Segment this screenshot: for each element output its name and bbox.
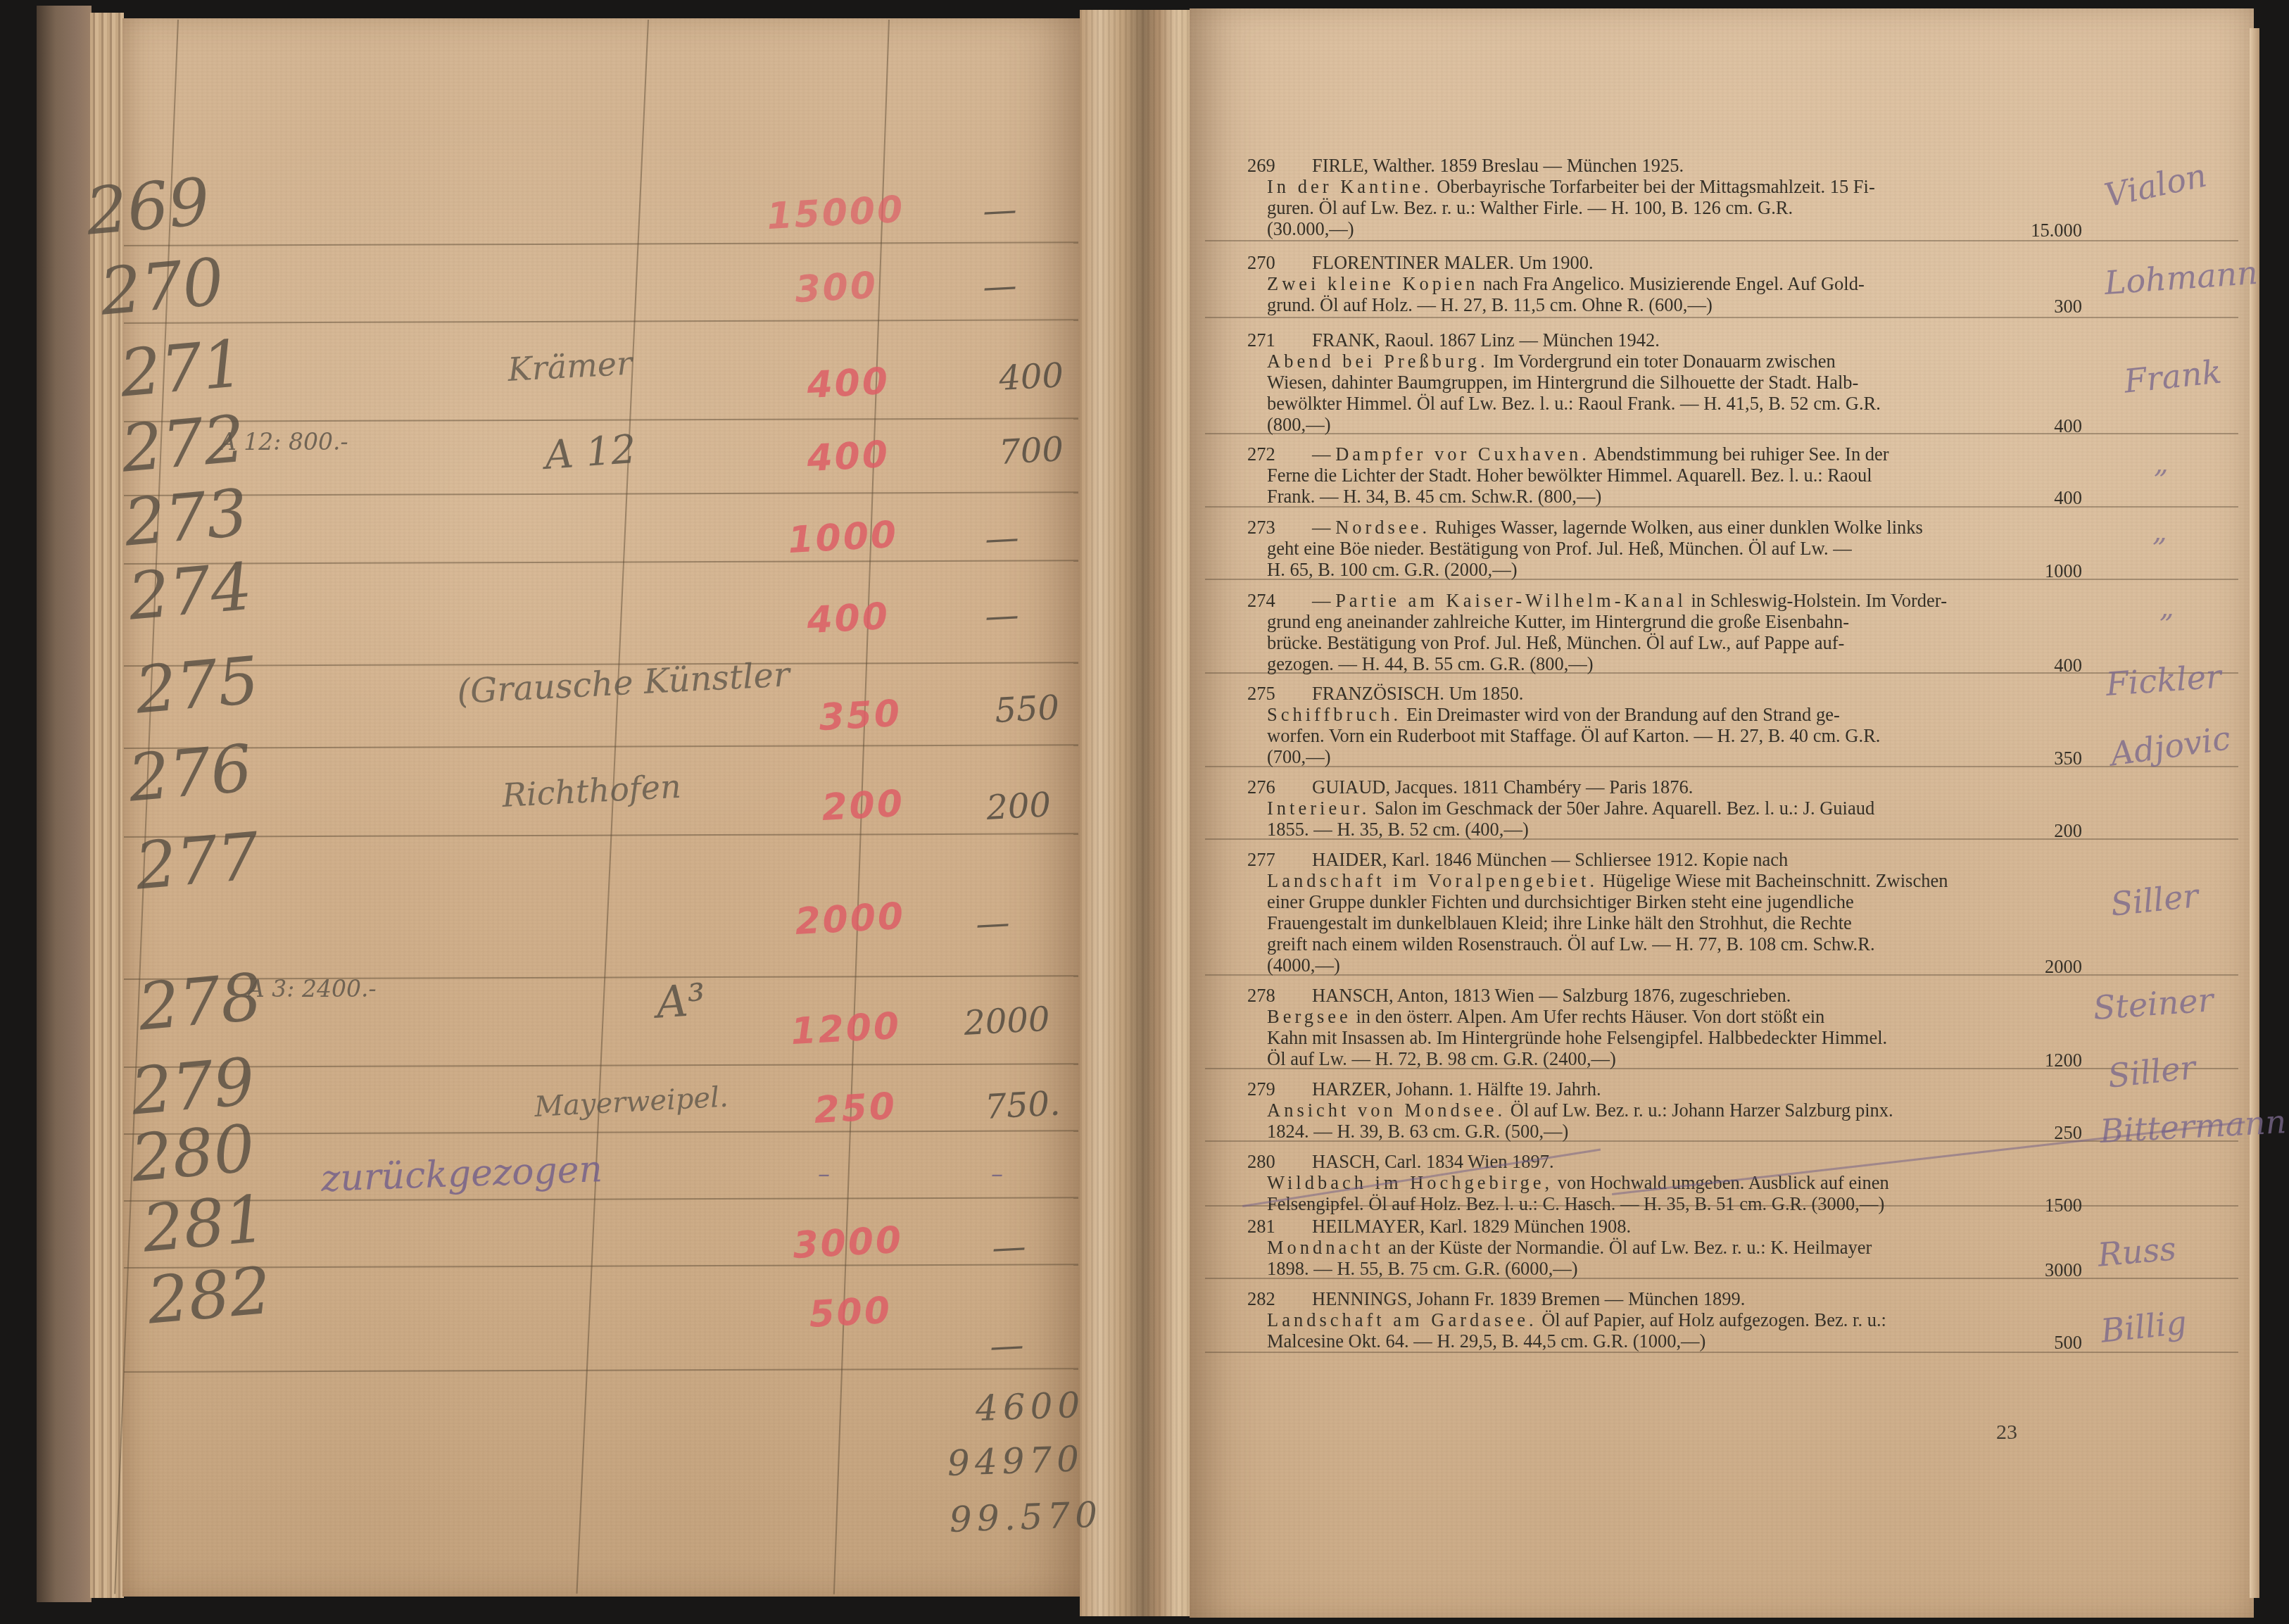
entry-text: FLORENTINER MALER. Um 1900. [1312, 252, 1594, 273]
lot-number-handwritten: 273 [121, 475, 251, 561]
limit-price-red-handwritten: 250 [813, 1085, 898, 1132]
entry-text: Abendstimmung bei ruhiger See. In der [1590, 443, 1889, 465]
entry-text: FRANK, Raoul. 1867 Linz — München 1942. [1312, 329, 1660, 351]
entry-line: Wildbach im Hochgebirge, von Hochwald um… [1247, 1172, 2086, 1193]
limit-price-red-handwritten: 3000 [792, 1219, 904, 1267]
entry-line: In der Kantine. Oberbayrische Torfarbeit… [1247, 176, 2086, 197]
entry-line: 272— Dampfer vor Cuxhaven. Abendstimmung… [1247, 443, 2086, 465]
entry-line: 271FRANK, Raoul. 1867 Linz — München 194… [1247, 329, 2086, 351]
entry-line: 274— Partie am Kaiser-Wilhelm-Kanal in S… [1247, 590, 2086, 611]
entry-text: Malcesine Okt. 64. — H. 29,5, B. 44,5 cm… [1267, 1330, 1705, 1352]
entry-text: (700,—) [1267, 746, 1331, 767]
content-overlay: 269FIRLE, Walther. 1859 Breslau — Münche… [0, 0, 2289, 1624]
entry-text: Ruhiges Wasser, lagernde Wolken, aus ein… [1430, 517, 1923, 538]
entry-line: 273— Nordsee. Ruhiges Wasser, lagernde W… [1247, 517, 2086, 538]
catalog-entry: 276GUIAUD, Jacques. 1811 Chambéry — Pari… [1247, 776, 2086, 841]
result-price-handwritten: — [989, 1325, 1025, 1366]
result-price-handwritten: — [984, 517, 1020, 558]
result-price-handwritten: — [975, 902, 1011, 943]
entry-text: Ferne die Lichter der Stadt. Hoher bewöl… [1267, 465, 1872, 486]
entry-lot-number: 269 [1247, 155, 1312, 176]
limit-price-red-handwritten: – [818, 1160, 830, 1188]
entry-text: Ein Dreimaster wird von der Brandung auf… [1401, 704, 1840, 725]
entry-title-text: Landschaft am Gardasee. [1267, 1309, 1537, 1330]
entry-line: grund eng aneinander zahlreiche Kutter, … [1247, 611, 2086, 632]
entry-line: Ansicht von Mondsee. Öl auf Lw. Bez. r. … [1247, 1100, 2086, 1121]
ditto-mark: „ [2152, 515, 2167, 548]
limit-price-red-handwritten: 15000 [766, 189, 906, 238]
consignor-note-handwritten: A 12 [543, 427, 638, 479]
limit-price-red-handwritten: 400 [806, 360, 891, 407]
entry-title-text: Schiffbruch. [1267, 704, 1401, 725]
entry-line: Wiesen, dahinter Baumgruppen, im Hinterg… [1247, 372, 2086, 393]
result-price-handwritten: 550 [994, 688, 1060, 731]
entry-line: Ferne die Lichter der Stadt. Hoher bewöl… [1247, 465, 2086, 486]
ledger-row-line [124, 1368, 1078, 1373]
entry-estimate-result-price: 2000 [1247, 956, 2086, 977]
entry-text: Öl auf Lw. — H. 72, B. 98 cm. G.R. (2400… [1267, 1048, 1616, 1069]
entry-text: worfen. Vorn ein Ruderboot mit Staffage.… [1267, 725, 1880, 746]
catalog-entry: 272— Dampfer vor Cuxhaven. Abendstimmung… [1247, 443, 2086, 508]
entry-line: einer Gruppe dunkler Fichten und durchsi… [1247, 891, 2086, 912]
limit-price-red-handwritten: 1000 [787, 514, 900, 562]
catalog-entry: 275FRANZÖSISCH. Um 1850.Schiffbruch. Ein… [1247, 683, 2086, 769]
buyer-name-handwritten: Vialon [2101, 156, 2210, 215]
result-price-handwritten: – [991, 1160, 1003, 1188]
entry-title-text: In der Kantine. [1267, 176, 1432, 197]
consignor-note-handwritten: Krämer [507, 344, 633, 389]
entry-text: Oberbayrische Torfarbeiter bei der Mitta… [1432, 176, 1875, 197]
entry-line: Frauengestalt im dunkelblauen Kleid; ihr… [1247, 912, 2086, 933]
entry-title-text: Dampfer vor Cuxhaven. [1335, 443, 1590, 465]
lot-number-handwritten: 276 [125, 731, 255, 817]
entry-line: 279HARZER, Johann. 1. Hälfte 19. Jahrh. [1247, 1078, 2086, 1100]
result-price-handwritten: 700 [998, 429, 1064, 472]
entry-line: 275FRANZÖSISCH. Um 1850. [1247, 683, 2086, 704]
entry-title-text: Nordsee. [1335, 517, 1430, 538]
entry-text: (30.000,—) [1267, 218, 1354, 239]
catalog-entry: 271FRANK, Raoul. 1867 Linz — München 194… [1247, 329, 2086, 436]
result-price-handwritten: 200 [985, 785, 1052, 828]
result-price-handwritten: 400 [998, 355, 1064, 398]
ledger-row-line [124, 1130, 1078, 1135]
entry-text: FIRLE, Walther. 1859 Breslau — München 1… [1312, 155, 1684, 176]
ledger-row-line [124, 744, 1078, 749]
lot-number-handwritten: 269 [83, 164, 213, 250]
entry-text: gezogen. — H. 44, B. 55 cm. G.R. (800,—) [1267, 653, 1594, 674]
entry-text: — [1312, 443, 1335, 465]
entry-lot-number: 274 [1247, 590, 1312, 611]
entry-line: 270FLORENTINER MALER. Um 1900. [1247, 252, 2086, 273]
entry-line: guren. Öl auf Lw. Bez. r. u.: Walther Fi… [1247, 197, 2086, 218]
catalog-entry: 279HARZER, Johann. 1. Hälfte 19. Jahrh.A… [1247, 1078, 2086, 1143]
entry-lot-number: 275 [1247, 683, 1312, 704]
entry-line: Mondnacht an der Küste der Normandie. Öl… [1247, 1237, 2086, 1258]
entry-text: Hügelige Wiese mit Bacheinschnitt. Zwisc… [1598, 870, 1948, 891]
entry-estimate-result-price: 350 [1247, 748, 2086, 769]
entry-line: Abend bei Preßburg. Im Vordergrund ein t… [1247, 351, 2086, 372]
limit-price-red-handwritten: 200 [821, 783, 906, 829]
entry-text: HAIDER, Karl. 1846 München — Schliersee … [1312, 849, 1788, 870]
ledger-row-line [124, 833, 1078, 838]
entry-line: geht eine Böe nieder. Bestätigung von Pr… [1247, 538, 2086, 559]
entry-text: 1824. — H. 39, B. 63 cm. G.R. (500,—) [1267, 1121, 1568, 1142]
entry-line: Landschaft am Gardasee. Öl auf Papier, a… [1247, 1309, 2086, 1330]
entry-title-text: Mondnacht [1267, 1237, 1384, 1258]
entry-title-text: Bergsee [1267, 1006, 1351, 1027]
catalog-entry: 282HENNINGS, Johann Fr. 1839 Bremen — Mü… [1247, 1288, 2086, 1353]
entry-text: — [1312, 517, 1335, 538]
entry-text: greift nach einem wilden Rosenstrauch. Ö… [1267, 933, 1875, 955]
limit-price-red-handwritten: 500 [808, 1290, 893, 1336]
entry-text: brücke. Bestätigung von Prof. Jul. Heß, … [1267, 632, 1844, 653]
sum-total-handwritten: 4600 [975, 1385, 1085, 1429]
limit-price-red-handwritten: 1200 [790, 1005, 902, 1053]
buyer-name-handwritten: Siller [2106, 1048, 2197, 1095]
entry-text: GUIAUD, Jacques. 1811 Chambéry — Paris 1… [1312, 776, 1693, 798]
entry-text: Frank. — H. 34, B. 45 cm. Schw.R. (800,—… [1267, 486, 1601, 507]
entry-text: FRANZÖSISCH. Um 1850. [1312, 683, 1523, 704]
entry-title-text: Zwei kleine Kopien [1267, 273, 1478, 294]
entry-text: in den österr. Alpen. Am Ufer rechts Häu… [1351, 1006, 1824, 1027]
entry-line: Interieur. Salon im Geschmack der 50er J… [1247, 798, 2086, 819]
buyer-name-handwritten: Fickler [2105, 657, 2223, 703]
entry-text: HEILMAYER, Karl. 1829 München 1908. [1312, 1216, 1631, 1237]
entry-estimate-result-price: 400 [1247, 415, 2086, 436]
result-price-handwritten: 2000 [963, 1000, 1051, 1043]
entry-line: Bergsee in den österr. Alpen. Am Ufer re… [1247, 1006, 2086, 1027]
lot-number-handwritten: 282 [144, 1253, 274, 1339]
lot-number-handwritten: 270 [97, 244, 227, 330]
catalog-entry: 274— Partie am Kaiser-Wilhelm-Kanal in S… [1247, 590, 2086, 676]
entry-line: Landschaft im Voralpengebiet. Hügelige W… [1247, 870, 2086, 891]
entry-text: einer Gruppe dunkler Fichten und durchsi… [1267, 891, 1854, 912]
result-price-handwritten: — [984, 595, 1020, 636]
entry-text: HARZER, Johann. 1. Hälfte 19. Jahrh. [1312, 1078, 1601, 1100]
entry-line: Kahn mit Insassen ab. Im Hintergründe ho… [1247, 1027, 2086, 1048]
consignor-note-handwritten: Mayerweipel. [534, 1081, 729, 1123]
catalog-entry: 269FIRLE, Walther. 1859 Breslau — Münche… [1247, 155, 2086, 241]
entry-text: bewölkter Himmel. Öl auf Lw. Bez. l. u.:… [1267, 393, 1881, 414]
buyer-name-handwritten: Lohmann [2103, 253, 2259, 302]
entry-text: — [1312, 590, 1335, 611]
entry-text: Frauengestalt im dunkelblauen Kleid; ihr… [1267, 912, 1852, 933]
buyer-name-handwritten: Frank [2122, 352, 2224, 400]
entry-lot-number: 276 [1247, 776, 1312, 798]
entry-line: 269FIRLE, Walther. 1859 Breslau — Münche… [1247, 155, 2086, 176]
ledger-row-line [124, 241, 1078, 246]
entry-line: Zwei kleine Kopien nach Fra Angelico. Mu… [1247, 273, 2086, 294]
consignor-note-handwritten: Richthofen [501, 767, 682, 814]
ledger-row-line [124, 319, 1078, 324]
entry-lot-number: 281 [1247, 1216, 1312, 1237]
entry-separator-line [1205, 317, 2238, 318]
entry-title-text: Ansicht von Mondsee. [1267, 1100, 1506, 1121]
limit-price-red-handwritten: 400 [806, 596, 891, 642]
entry-line: brücke. Bestätigung von Prof. Jul. Heß, … [1247, 632, 2086, 653]
entry-estimate-result-price: 15.000 [1247, 220, 2086, 241]
buyer-name-handwritten: Billig [2099, 1303, 2188, 1349]
book-scan: 269FIRLE, Walther. 1859 Breslau — Münche… [0, 0, 2289, 1624]
entry-lot-number: 277 [1247, 849, 1312, 870]
entry-text: Salon im Geschmack der 50er Jahre. Aquar… [1370, 798, 1874, 819]
entry-text: (4000,—) [1267, 955, 1340, 976]
lot-number-handwritten: 278 [135, 959, 265, 1045]
entry-text: (800,—) [1267, 414, 1331, 435]
entry-text: Öl auf Lw. Bez. r. u.: Johann Harzer Sal… [1506, 1100, 1893, 1121]
limit-price-red-handwritten: 350 [818, 693, 903, 739]
entry-line: worfen. Vorn ein Ruderboot mit Staffage.… [1247, 725, 2086, 746]
catalog-entry: 281HEILMAYER, Karl. 1829 München 1908.Mo… [1247, 1216, 2086, 1280]
consignor-note-handwritten: zurückgezogen [320, 1148, 603, 1200]
limit-price-red-handwritten: 2000 [794, 895, 907, 943]
catalog-entry: 280HASCH, Carl. 1834 Wien 1897.Wildbach … [1247, 1151, 2086, 1216]
buyer-name-handwritten: Siller [2109, 876, 2200, 924]
entry-text: grund. Öl auf Holz. — H. 27, B. 11,5 cm.… [1267, 294, 1713, 315]
catalog-entry: 270FLORENTINER MALER. Um 1900.Zwei klein… [1247, 252, 2086, 317]
entry-line: 278HANSCH, Anton, 1813 Wien — Salzburg 1… [1247, 985, 2086, 1006]
entry-text: Im Vordergrund ein toter Donauarm zwisch… [1489, 351, 1836, 372]
entry-line: 276GUIAUD, Jacques. 1811 Chambéry — Pari… [1247, 776, 2086, 798]
entry-text: H. 65, B. 100 cm. G.R. (2000,—) [1267, 559, 1518, 580]
result-price-handwritten: 750. [984, 1083, 1061, 1127]
entry-lot-number: 270 [1247, 252, 1312, 273]
lot-number-handwritten: 275 [132, 643, 262, 729]
entry-text: HENNINGS, Johann Fr. 1839 Bremen — Münch… [1312, 1288, 1745, 1309]
entry-line: 282HENNINGS, Johann Fr. 1839 Bremen — Mü… [1247, 1288, 2086, 1309]
entry-text: 1855. — H. 35, B. 52 cm. (400,—) [1267, 819, 1529, 840]
entry-text: Kahn mit Insassen ab. Im Hintergründe ho… [1267, 1027, 1887, 1048]
entry-lot-number: 271 [1247, 329, 1312, 351]
result-price-handwritten: — [991, 1226, 1027, 1267]
ledger-row-line [124, 491, 1078, 496]
entry-line: 281HEILMAYER, Karl. 1829 München 1908. [1247, 1216, 2086, 1237]
consignor-note-handwritten: A³ [655, 974, 707, 1028]
entry-lot-number: 282 [1247, 1288, 1312, 1309]
entry-line: 277HAIDER, Karl. 1846 München — Schliers… [1247, 849, 2086, 870]
entry-text: an der Küste der Normandie. Öl auf Lw. B… [1384, 1237, 1872, 1258]
entry-lot-number: 278 [1247, 985, 1312, 1006]
entry-title-text: Landschaft im Voralpengebiet. [1267, 870, 1598, 891]
page-number: 23 [1996, 1421, 2017, 1444]
entry-lot-number: 280 [1247, 1151, 1312, 1172]
result-price-handwritten: — [982, 265, 1018, 306]
entry-text: nach Fra Angelico. Musizierende Engel. A… [1478, 273, 1864, 294]
lot-number-handwritten: 277 [132, 819, 262, 905]
result-price-handwritten: — [982, 189, 1018, 230]
catalog-entry: 273— Nordsee. Ruhiges Wasser, lagernde W… [1247, 517, 2086, 581]
sum-total-handwritten: 94970 [947, 1438, 1085, 1484]
entry-line: greift nach einem wilden Rosenstrauch. Ö… [1247, 933, 2086, 955]
entry-text: geht eine Böe nieder. Bestätigung von Pr… [1267, 538, 1852, 559]
entry-title-text: Partie am Kaiser-Wilhelm-Kanal [1335, 590, 1686, 611]
buyer-name-handwritten: Russ [2096, 1229, 2178, 1274]
ledger-row-line [124, 560, 1078, 565]
entry-text: 1898. — H. 55, B. 75 cm. G.R. (6000,—) [1267, 1258, 1578, 1279]
consignor-note-handwritten: A 12: 800.- [220, 428, 348, 455]
lot-number-handwritten: 271 [117, 326, 246, 412]
entry-text: HANSCH, Anton, 1813 Wien — Salzburg 1876… [1312, 985, 1791, 1006]
entry-text: Öl auf Papier, auf Holz aufgezogen. Bez.… [1537, 1309, 1886, 1330]
catalog-entry: 277HAIDER, Karl. 1846 München — Schliers… [1247, 849, 2086, 977]
lot-number-handwritten: 274 [125, 549, 255, 635]
entry-line: bewölkter Himmel. Öl auf Lw. Bez. l. u.:… [1247, 393, 2086, 414]
entry-text: Wiesen, dahinter Baumgruppen, im Hinterg… [1267, 372, 1858, 393]
entry-text: Felsengipfel. Öl auf Holz. Bez. l. u.: C… [1267, 1193, 1884, 1214]
entry-text: in Schleswig-Holstein. Im Vorder- [1686, 590, 1947, 611]
entry-title-text: Interieur. [1267, 798, 1370, 819]
ledger-row-line [124, 417, 1078, 422]
catalog-entry: 278HANSCH, Anton, 1813 Wien — Salzburg 1… [1247, 985, 2086, 1071]
entry-lot-number: 273 [1247, 517, 1312, 538]
buyer-name-handwritten: Adjovic [2108, 719, 2233, 773]
entry-lot-number: 272 [1247, 443, 1312, 465]
limit-price-red-handwritten: 400 [806, 434, 891, 480]
entry-text: guren. Öl auf Lw. Bez. r. u.: Walther Fi… [1267, 197, 1793, 218]
ditto-mark: „ [2159, 591, 2174, 624]
entry-text: grund eng aneinander zahlreiche Kutter, … [1267, 611, 1849, 632]
limit-price-red-handwritten: 300 [794, 265, 879, 311]
ledger-row-line [124, 1197, 1078, 1202]
entry-title-text: Abend bei Preßburg. [1267, 351, 1489, 372]
buyer-name-handwritten: Steiner [2092, 981, 2214, 1027]
ditto-mark: „ [2154, 447, 2169, 479]
consignor-note-handwritten: A 3: 2400.- [248, 975, 377, 1002]
entry-lot-number: 279 [1247, 1078, 1312, 1100]
sum-total-handwritten: 99.570 [949, 1494, 1103, 1540]
entry-title-text: Wildbach im Hochgebirge, [1267, 1172, 1553, 1193]
entry-line: Schiffbruch. Ein Dreimaster wird von der… [1247, 704, 2086, 725]
